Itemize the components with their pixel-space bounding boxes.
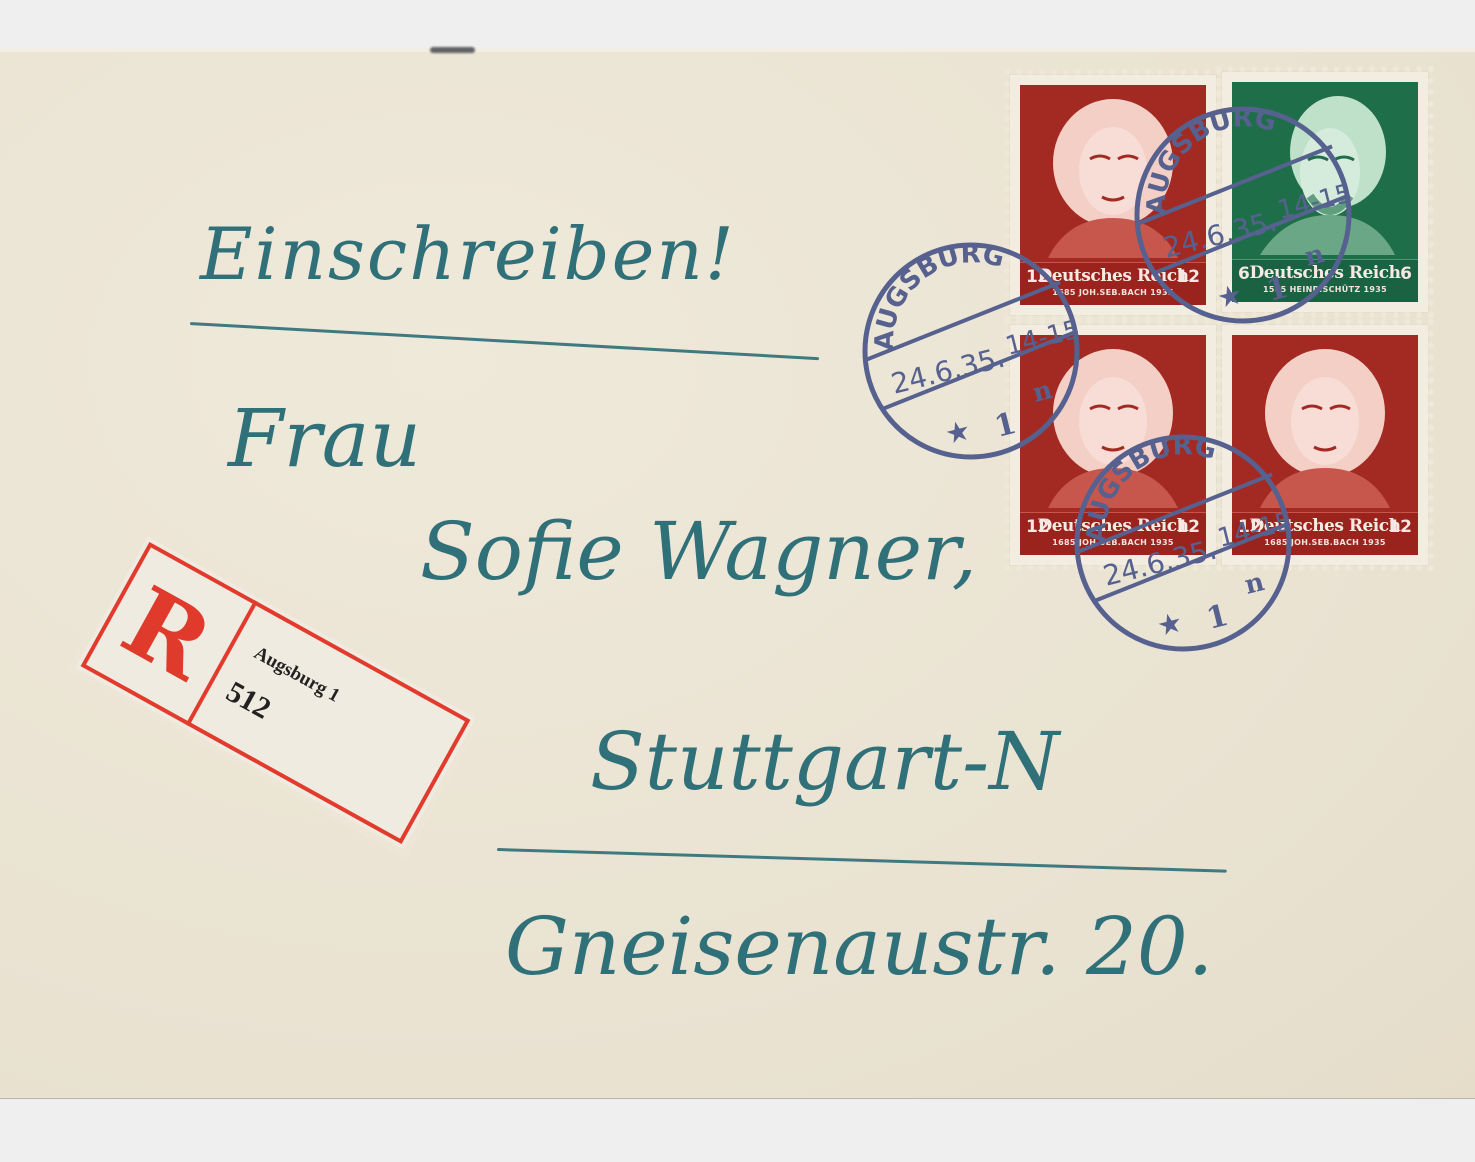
stamp-bach-top-left: 12 Deutsches Reich 12 1685 JOH.SEB.BACH …: [1010, 75, 1216, 315]
stamp-denomination: 6: [1400, 264, 1412, 284]
stamp-caption: 1685 JOH.SEB.BACH 1935: [1020, 538, 1206, 547]
ink-smudge: [430, 47, 475, 53]
handwritten-salutation: Frau: [228, 392, 421, 485]
bach-portrait-icon: [1038, 93, 1188, 258]
stamp-schuetz: 6 Deutsches Reich 6 1585 HEINR.SCHÜTZ 19…: [1222, 72, 1428, 312]
stamp-denomination: 12: [1176, 267, 1200, 287]
stamp-denomination: 12: [1388, 517, 1412, 537]
envelope-top-edge: [0, 48, 1475, 52]
handwritten-instruction: Einschreiben!: [200, 212, 736, 296]
bach-portrait-icon: [1250, 343, 1400, 508]
stamp-caption: 1685 JOH.SEB.BACH 1935: [1232, 538, 1418, 547]
stamp-denomination: 12: [1176, 517, 1200, 537]
stamp-caption: 1685 JOH.SEB.BACH 1935: [1020, 288, 1206, 297]
handwritten-recipient-name: Sofie Wagner,: [420, 505, 977, 598]
bach-portrait-icon: [1038, 343, 1188, 508]
stamp-caption: 1585 HEINR.SCHÜTZ 1935: [1232, 285, 1418, 294]
handwritten-city: Stuttgart-N: [590, 715, 1059, 808]
stamp-country: Deutsches Reich: [1232, 263, 1418, 283]
handwritten-street: Gneisenaustr. 20.: [505, 900, 1213, 993]
stamp-bach-bottom-left: 12 Deutsches Reich 12 1685 JOH.SEB.BACH …: [1010, 325, 1216, 565]
stamp-bach-bottom-right: 12 Deutsches Reich 12 1685 JOH.SEB.BACH …: [1222, 325, 1428, 565]
schuetz-portrait-icon: [1250, 90, 1400, 255]
